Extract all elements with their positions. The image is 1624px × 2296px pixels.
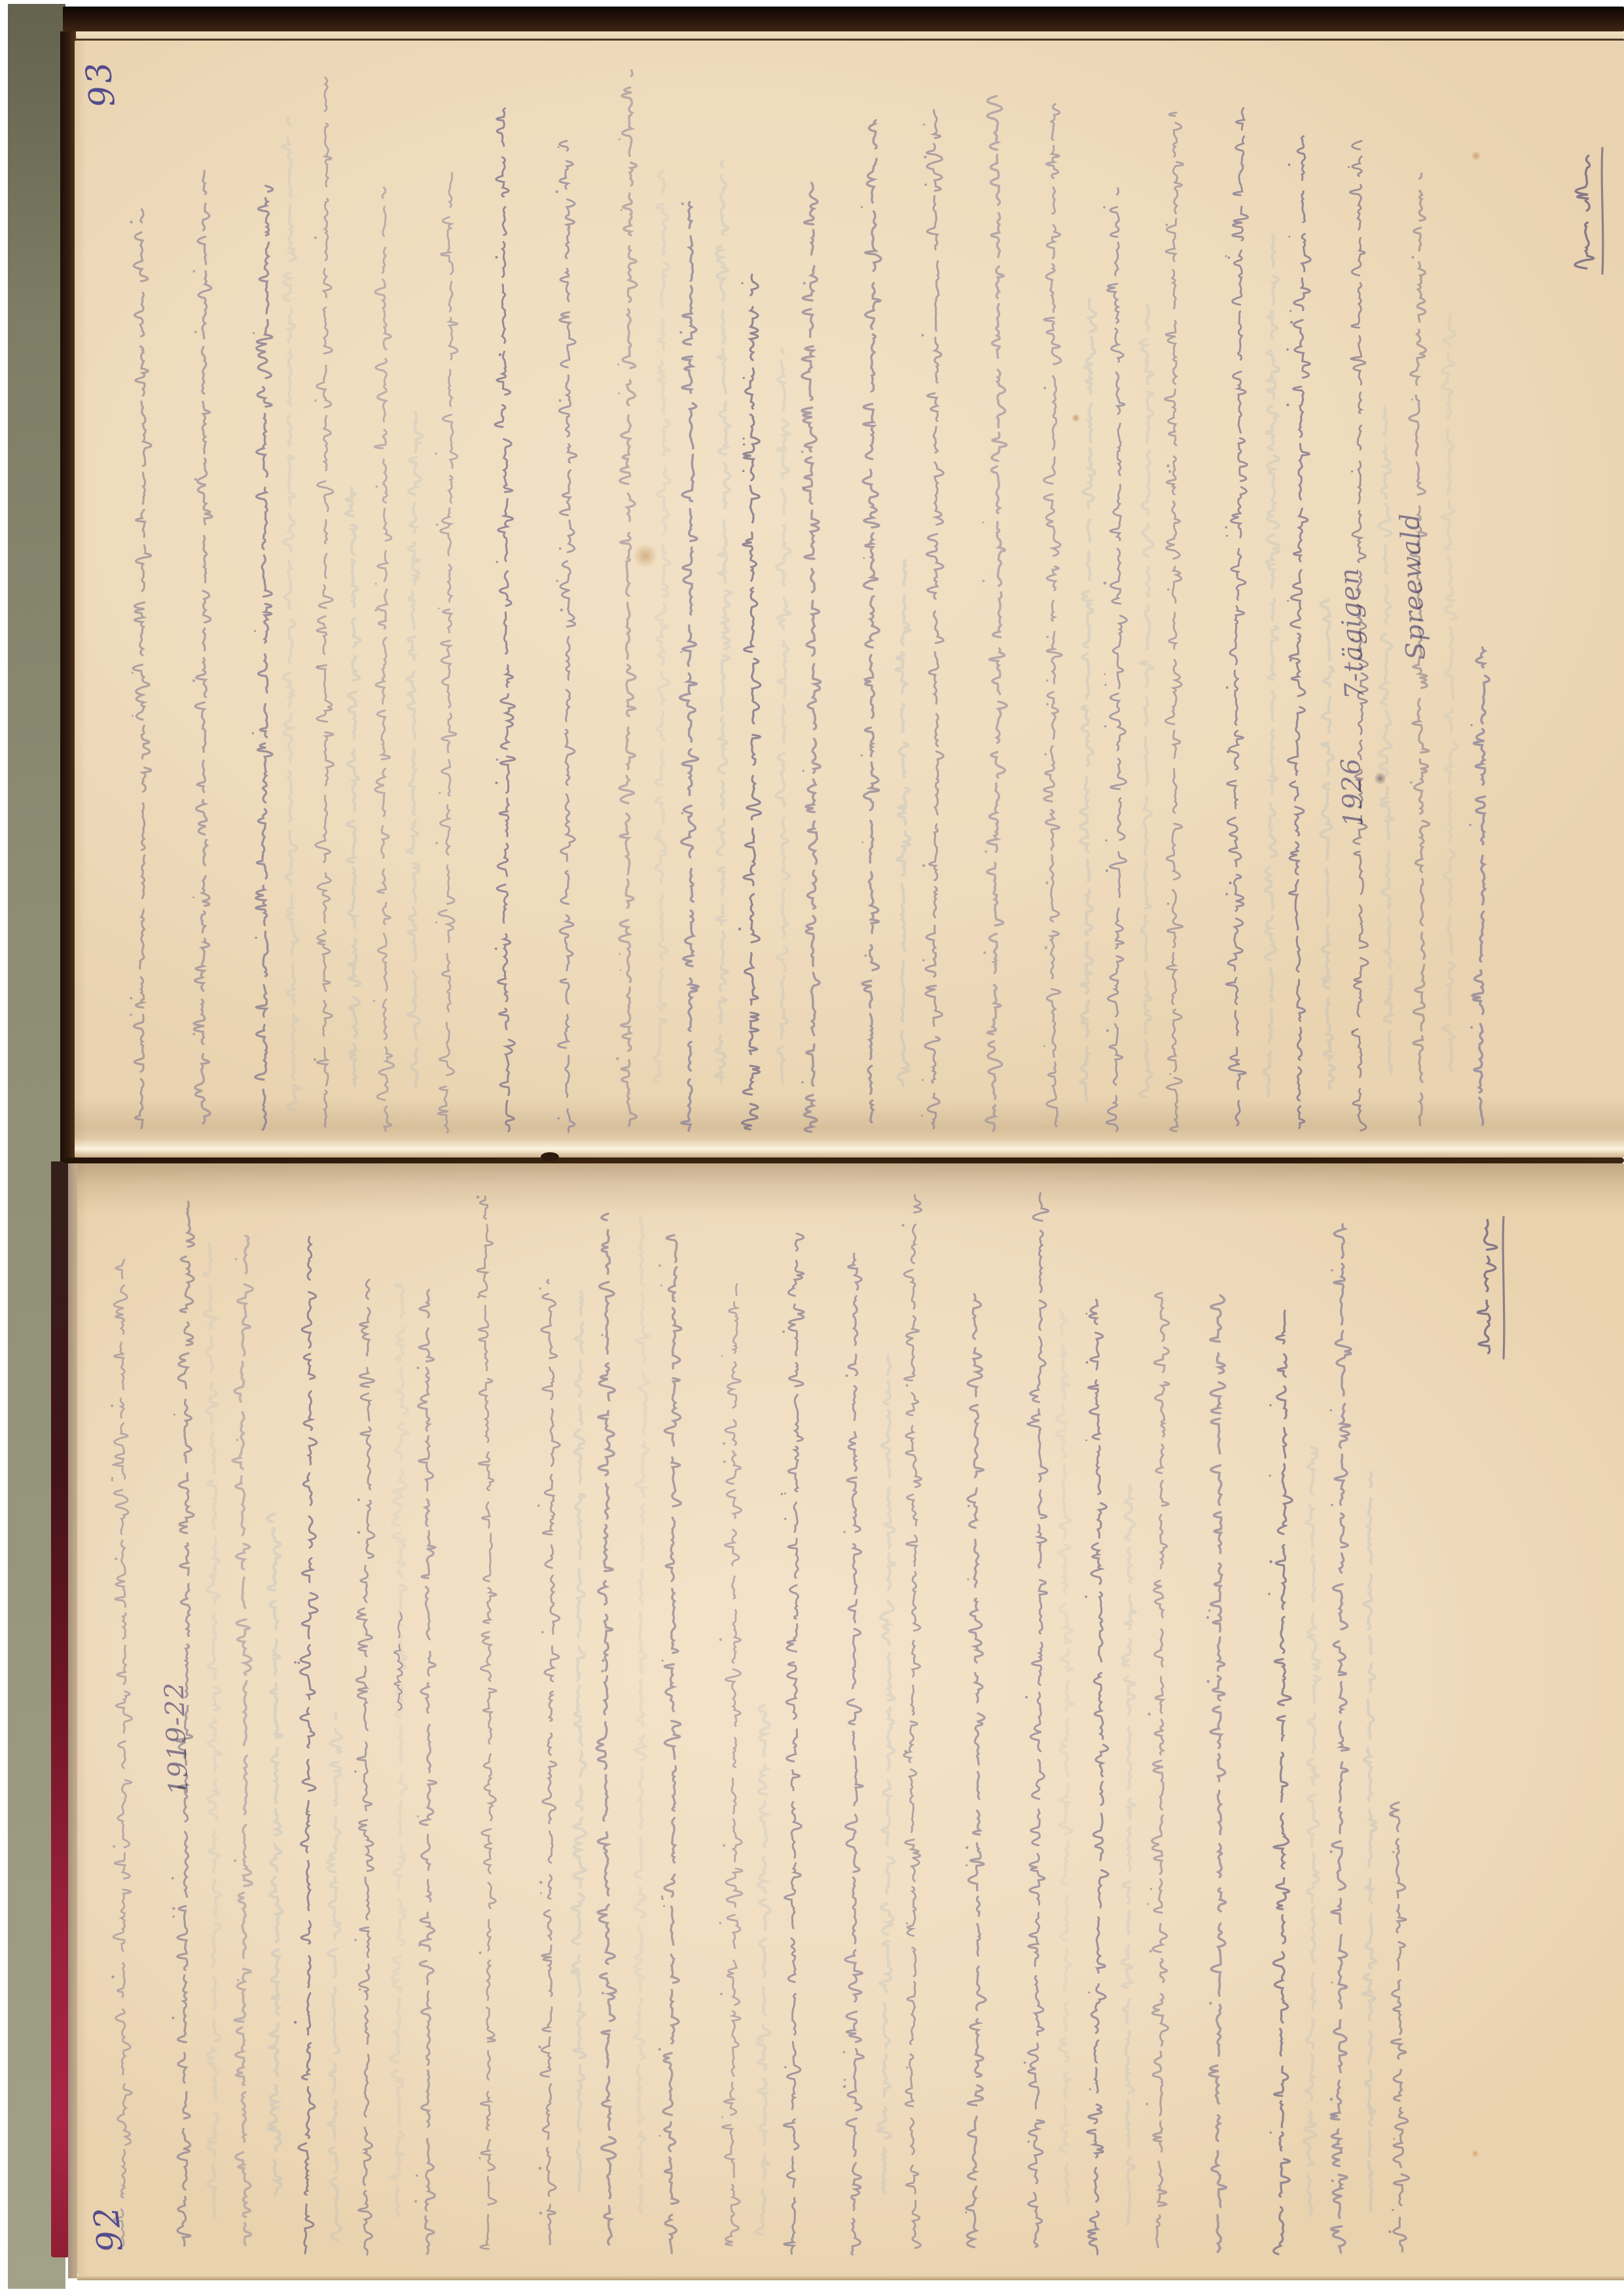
ink-dot [235,1258,238,1261]
handwriting-line [194,171,212,1123]
handwriting-line [1044,104,1062,1126]
ink-dot [1043,387,1046,390]
legible-fragment: Spreewald [1395,512,1432,661]
ink-dot [253,332,255,334]
ink-dot [784,1493,786,1495]
ink-dot [254,630,256,632]
ink-dot [721,1355,723,1357]
ink-dot [556,191,558,193]
ink-dot [1286,348,1289,351]
handwriting-line [1390,1802,1409,2251]
ink-dot [1288,236,1290,238]
ink-dot [723,1461,726,1463]
ink-dot [1352,1030,1354,1033]
ink-dot [801,1081,804,1084]
ink-dot [1045,881,1048,884]
handwriting-line [1273,1311,1292,2254]
ink-dot [1166,224,1168,227]
ink-dot [1269,1560,1272,1563]
ink-dot [111,1404,113,1407]
ink-dot [982,579,984,582]
ink-dot [922,959,924,961]
ink-dot [1348,166,1350,168]
signature-underline [1602,148,1603,274]
ink-dot [865,955,867,957]
ink-dot [132,672,134,674]
bleed-through-line [407,412,423,1087]
ink-dot [843,2085,846,2088]
ink-dot [1085,1440,1087,1442]
ink-dot [719,1922,722,1925]
ink-dot [1149,1950,1152,1952]
ink-dot [1104,725,1106,727]
ink-dot [1393,2138,1395,2140]
ink-dot [1147,1903,1149,1905]
bleed-through-line [1140,304,1153,1097]
ink-dot [192,896,194,898]
ink-dot [965,2212,967,2214]
ink-dot [1226,535,1228,537]
bleed-through-line [1264,234,1280,1096]
ink-dot [1269,1475,1271,1477]
ink-dot [1269,1404,1271,1406]
ink-dot [742,282,744,284]
ink-dot [130,1013,132,1015]
handwriting-line [925,110,943,1129]
ink-dot [556,580,558,582]
ink-dot [1470,1026,1473,1029]
ink-dot [298,1662,300,1664]
handwriting-line [1288,136,1310,1128]
ink-dot [1330,2098,1333,2101]
ink-dot [1268,1593,1270,1595]
ink-dot [922,1079,924,1081]
ink-dot [1331,1504,1333,1506]
ink-dot [499,353,502,356]
ink-dot [906,2067,908,2069]
ink-dot [723,1442,725,1445]
ink-dot [171,1877,174,1880]
ink-dot [1333,2113,1335,2116]
ink-dot [1470,724,1472,726]
ink-dot [663,1905,665,1907]
bleed-through-line [204,1243,221,2217]
handwriting-line [477,1196,497,2249]
ink-dot [1146,2103,1148,2105]
ink-dot [1086,1313,1088,1315]
bleed-through-line [1363,1472,1376,2212]
ink-dot [418,1944,420,1946]
ink-dot [374,609,377,611]
handwriting-line [596,1214,616,2245]
gutter-speck [541,1152,559,1161]
ink-dot [1329,1850,1332,1853]
ink-dot [1086,1361,1089,1364]
ink-dot [1167,589,1169,591]
ink-dot [236,1439,239,1442]
ink-dot [478,2157,480,2159]
ink-dot [113,1845,115,1848]
ink-dot [1103,206,1106,209]
ink-dot [781,1493,784,1495]
ink-dot [721,2117,723,2119]
ink-dot [1043,1045,1045,1047]
ink-dot [965,1864,967,1866]
bleed-through-line [1303,1447,1320,2215]
bleed-through-line [267,1514,282,2195]
ink-dot [681,202,684,205]
ink-dot [192,679,195,682]
handwriting-line [1209,1296,1226,2252]
ink-dot [1287,600,1289,602]
ink-dot [743,443,745,445]
bleed-through-line [346,488,360,1085]
bleed-through-line [1320,600,1335,1089]
ink-dot [1392,1851,1394,1853]
ink-dot [416,1366,419,1369]
ink-dot [354,1939,356,1941]
ink-dot [1392,1813,1394,1815]
ink-dot [844,2079,846,2081]
ink-dot [924,183,927,186]
ink-dot [317,665,319,667]
ink-dot [435,921,437,923]
handwriting-line [722,1284,742,2245]
ink-dot [314,399,317,402]
ink-dot [375,583,377,585]
ink-dot [720,1993,723,1995]
ink-dot [1104,581,1107,585]
ink-dot [495,947,497,950]
ink-dot [435,842,438,845]
book-cover-edge-top [63,7,1624,31]
ink-dot [1331,2179,1334,2182]
handwriting-line [904,1195,922,2248]
bleed-through-line [391,1284,408,2216]
handwriting-92 [77,1163,1624,2278]
ink-dot [1085,1595,1087,1598]
ink-dot [192,1033,195,1036]
ink-dot [601,1670,604,1673]
ink-dot [906,1922,908,1924]
ink-dot [173,1413,175,1415]
ink-dot [742,470,745,473]
ink-dot [539,1287,541,1289]
ink-dot [921,1115,923,1117]
ink-dot [1331,1982,1333,1984]
ink-dot [1024,2062,1026,2064]
ink-dot [559,399,562,402]
ink-dot [1351,471,1353,473]
ink-dot [112,1464,114,1466]
ink-dot [965,1846,968,1849]
ink-dot [843,2051,846,2054]
ink-dot [784,2066,786,2068]
ink-dot [922,334,924,337]
bleed-through-line [1379,407,1393,1074]
ink-dot [1330,1409,1332,1411]
bleed-through-line [282,117,300,1110]
ink-dot [1288,164,1291,166]
handwriting-line [802,183,821,1132]
ink-dot [1150,1888,1153,1891]
ink-dot [1411,256,1414,259]
ink-dot [1044,753,1047,756]
ink-dot [1106,869,1108,872]
bleed-through-line [878,1355,895,2193]
ink-dot [436,524,439,526]
ink-dot [861,754,863,756]
ink-dot [1411,399,1413,401]
page-number-93: 93 [79,58,123,110]
ink-dot [357,1499,360,1501]
ink-dot [111,1477,114,1480]
ink-dot [559,547,562,550]
ink-dot [1410,781,1413,784]
handwriting-line [558,141,576,1132]
ink-dot [1209,2002,1212,2005]
handwriting-line [845,1254,863,2255]
ink-dot [496,256,498,259]
handwriting-line [619,71,637,1126]
page-92-rotated-content: 92 1919-22 [77,1163,1624,2278]
ink-dot [681,812,683,814]
ink-dot [659,2135,661,2137]
ink-dot [560,608,563,611]
handwriting-line [862,120,881,1123]
ink-dot [619,953,621,955]
ink-dot [846,1374,848,1377]
handwriting-line [1331,1224,1351,2253]
ink-dot [477,1296,480,1298]
page-92: 92 1919-22 [77,1163,1624,2278]
bleed-through-line [776,349,791,1083]
ink-dot [294,1661,297,1664]
handwriting-line [1106,188,1127,1131]
ink-dot [1046,703,1049,706]
ink-dot [538,2045,541,2048]
ink-dot [863,557,865,559]
ink-dot [1025,1696,1028,1698]
ink-dot [1166,464,1170,467]
ink-dot [111,1479,113,1481]
handwriting-line [316,77,334,1127]
handwriting-93 [75,41,1624,1157]
book-cover-edge-left-upper [60,31,76,1161]
ink-dot [1290,659,1292,661]
ink-dot [843,1531,845,1533]
ink-dot [1270,2132,1272,2134]
ink-dot [237,1979,240,1982]
signature-word [1575,156,1594,268]
ink-dot [1331,1269,1333,1272]
ink-dot [967,1578,969,1580]
ink-dot [601,1334,603,1336]
ink-dot [617,363,619,365]
bleed-through-line [634,1216,649,2212]
ink-dot [620,970,622,972]
handwriting-line [255,186,273,1130]
bleed-through-line [1121,1485,1135,2225]
ink-dot [435,452,437,454]
ink-dot [1290,310,1291,312]
ink-dot [478,1952,481,1954]
handwriting-line [784,1233,804,2253]
ink-dot [621,209,623,211]
ink-dot [496,759,498,761]
ink-dot [1046,636,1049,638]
ink-dot [439,792,441,794]
ink-dot [1105,839,1107,841]
bleed-through-line [571,1291,586,2191]
handwriting-line [1087,1300,1108,2254]
handwriting-line [1152,1293,1169,2248]
ink-dot [357,1531,361,1535]
handwriting-line [1028,1194,1049,2247]
ink-dot [1225,526,1227,528]
ink-dot [661,1895,664,1898]
bleed-through-line [1056,1311,1074,2204]
ink-dot [1168,470,1171,473]
signature-underline [1503,1217,1504,1358]
ink-dot [1106,1029,1109,1032]
handwriting-line [298,1237,317,2253]
ink-dot [1226,686,1229,689]
signature-word [1477,1220,1497,1353]
handwriting-line [540,1280,560,2244]
ink-dot [619,138,621,140]
ink-dot [558,146,560,148]
handwriting-line [663,1235,681,2253]
ink-dot [294,2021,297,2024]
bleed-through-line [1080,299,1096,1101]
ink-dot [1227,750,1229,753]
ink-dot [861,206,863,208]
ink-dot [662,1898,664,1900]
handwriting-line [232,1236,253,2245]
ink-dot [539,1881,543,1884]
ink-dot [1088,1992,1090,1994]
ink-dot [723,1844,725,1847]
ink-dot [719,1638,722,1641]
ink-dot [982,521,984,523]
handwriting-line [966,1294,986,2248]
handwriting-line [356,1280,374,2255]
handwriting-line [113,1260,132,2246]
ink-dot [477,1195,480,1199]
ink-dot [1028,2140,1030,2143]
ink-dot [359,1988,361,1990]
ink-dot [314,236,317,239]
ink-dot [414,2200,417,2203]
ink-dot [172,1907,175,1910]
ink-dot [540,1892,542,1894]
ink-dot [659,1264,661,1267]
ink-dot [602,1992,604,1994]
handwriting-line [438,173,458,1133]
ink-dot [314,1058,316,1061]
ink-dot [1225,893,1228,896]
ink-dot [618,392,620,394]
ink-dot [984,850,987,853]
ink-dot [1104,673,1106,675]
ink-dot [1208,1609,1211,1612]
handwriting-line [133,210,151,1129]
ink-dot [130,221,133,224]
ink-dot [602,1659,604,1662]
ink-dot [438,608,440,610]
ink-dot [376,486,378,488]
ink-dot [1225,255,1227,257]
ink-dot [132,715,134,717]
ink-dot [173,1916,175,1918]
ink-dot [616,1057,619,1061]
bleed-through-line [1441,314,1457,1071]
ink-dot [1290,321,1293,323]
ink-dot [354,1770,357,1773]
ink-dot [906,1384,909,1387]
ink-dot [495,782,497,784]
ink-dot [416,2174,418,2177]
ink-dot [192,270,195,273]
ink-dot [373,1000,375,1002]
page-number-92: 92 [86,2202,131,2254]
page-93: 93 19267-tägigenSpreewald [75,41,1624,1157]
ink-dot [1170,1073,1172,1075]
ink-dot [1026,1423,1029,1425]
handwriting-line [986,96,1007,1131]
ink-dot [782,1330,785,1333]
ink-dot [967,1505,970,1508]
ink-dot [1228,257,1231,259]
ink-dot [660,1285,662,1286]
bleed-through-line [715,161,731,1082]
ink-dot [171,2016,174,2019]
ink-dot [1104,683,1106,685]
bleed-through-line [756,1705,770,2234]
ink-dot [1388,2231,1391,2233]
ink-dot [1469,824,1471,826]
ink-dot [924,156,927,158]
page-stack-edge-left [68,1163,77,2278]
ink-dot [496,561,498,563]
ink-dot [234,1859,237,1863]
ink-dot [861,841,863,843]
ink-dot [1207,1680,1210,1683]
ink-dot [902,1224,905,1226]
book-scan: 93 19267-tägigenSpreewald 92 1919-22 [0,0,1624,2296]
handwriting-line [374,187,394,1131]
page-bottom-edge [77,2276,1624,2280]
bleed-through-line [654,171,670,1082]
ink-dot [801,450,804,453]
legible-fragment: 7-tägigen [1335,567,1371,700]
page-93-rotated-content: 93 19267-tägigenSpreewald [75,41,1624,1157]
handwriting-line [1165,113,1183,1131]
ink-dot [115,1558,117,1560]
handwriting-line [1226,108,1248,1125]
gutter-fold-line [63,1157,1624,1163]
ink-dot [803,770,804,772]
ink-dot [539,2167,542,2170]
ink-dot [1045,946,1047,949]
handwriting-line [418,1290,437,2254]
ink-dot [255,937,257,939]
ink-dot [659,2048,661,2050]
ink-dot [541,1631,544,1633]
ink-dot [784,1518,786,1520]
ink-dot [983,951,986,954]
